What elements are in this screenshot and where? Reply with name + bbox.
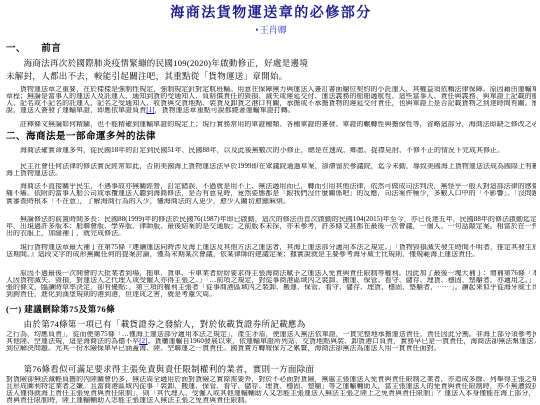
paragraph-revision-history: 無論修法的前置時間多長：民國88(1999)年的修法於民國76(1987)年即已… — [6, 216, 536, 237]
text-line: 海商法確實命運多舛，從民國18年的訂定到民國51年、民國88年，以及此後無數次的… — [6, 147, 536, 154]
text-line: 民主社會任何法律的修法實況經常如此，否則美國海上貨物運送法早於1999即在眾議院… — [6, 163, 536, 170]
text-line: 且形成圖利特定業者之嫌。且當商港區域內從事「裝卸、搬運、保管、看守、儲存、理貨、… — [6, 383, 536, 390]
text-line: 送期間。』這段文字的成形無關任何的提案討論，僅為末期某次會議，依某律師的建議定案… — [6, 251, 536, 258]
paragraph-article-76-critique: 第76條看似可滿足要求得主張免責與責任限制權利的業者，實則一方面除面對貨險卻無法… — [6, 363, 536, 405]
text-line: 說，運送人簽發了運輸單證，即應依單證負責[1]，貨物運送章重點可說都繞著運輸單證… — [6, 107, 536, 114]
text-line: 其他陸、空運法規，這是海商法的為德不卒[2]。貨櫃運輸自1960發展以來，依運輸… — [6, 338, 536, 345]
text-line: 由於第74條第一項已有「載貨證券之發給人，對於依載貨證券所記載應為 — [6, 318, 536, 331]
text-line: 責與責任限制時，陸上運輸輔助人怎能主張運送人無法主張之免責與責任限制。 — [6, 397, 536, 404]
text-line: 註釋條文無論如何精闢，也不能精確到運輸單證的規定上；現行實務常用的單證種類、各種… — [6, 121, 536, 128]
text-line: 第76條看似可滿足要求得主張免責與責任限制權利的業者，實則一方面除面 — [6, 363, 536, 376]
paragraph-us-cogsa: 民主社會任何法律的修法實況經常如此，否則美國海上貨物運送法早於1999即在眾議院… — [6, 163, 536, 177]
paragraph-annotation-note: 註釋條文無論如何精闢，也不能精確到運輸單證的規定上；現行實務常用的單證種類、各種… — [6, 121, 536, 128]
text-line: 送人僅得就海上責任主張免責與責任限制」，則「其代理人、受僱人或其他運輸輔助人又怎… — [6, 390, 536, 397]
text-line: 海商法不直接關乎民生，不遇事故亦無關經營，訂定錯誤，不過就是用不上、無法適用而已… — [6, 183, 536, 190]
text-line: 到位解決問題。尤其一份水險保單早已涵蓋海、陸、空聯運之一貫責任。國貨賣方轉嫁保方… — [6, 345, 536, 352]
paragraph-article-74-conflict: 由於第74條第一項已有「載貨證券之發給人，對於依載貨證券所記載應為之行為，均應負… — [6, 318, 536, 352]
author-line: •王肖卿 — [6, 25, 536, 35]
text-line: 海上貨物運送法。 — [6, 170, 536, 177]
footnote-link[interactable]: [2] — [139, 338, 147, 345]
section-heading-preface: 一、 前言 — [6, 44, 536, 55]
text-line: 痛不癢。依附的當事人船公司或承攬運送人聽到海商修法，是否有意見時，竟然姿態都是「… — [6, 190, 536, 197]
paragraph-article-76-patch: 原因不過最後一次開會的大批業者到場，拖車、貨車、卡車業者紛紛要求得主張海商法賦予… — [6, 270, 536, 299]
text-line: 出的衣服上，加縫補丁，就完成修法。 — [6, 230, 536, 237]
section-heading-fate: 二、海商法是一部命運多舛的法律 — [6, 132, 536, 143]
text-line: 年，出現過許多版本：船聯會版、學界版、律師版、最後結案的是交通版；之前版本未採，… — [6, 223, 536, 230]
document-page: 海商法貨物運送章的必修部分 •王肖卿 一、 前言 海商法再次於國際肺炎疫情緊繃的… — [0, 0, 540, 405]
text-line: 人、記名或不記名的託運人、記名之受通知人、收貨與交貨地點、裝貨及卸貨之港口有關，… — [6, 100, 536, 107]
paragraph-article-75-patch: 現行貨物運送章最大補丁在第75條『連續運送同時涉及海上運送及其他方法之運送者，其… — [6, 244, 536, 258]
text-line: 章程；無論是當事人的運送人及託運人、通知到貨的受通知人、負賠償責任的毀損、滅失或… — [6, 93, 536, 100]
footnote-link[interactable]: [1] — [146, 107, 154, 114]
text-line: 無論修法的前置時間多長：民國88(1999)年的修法於民國76(1987)年即已… — [6, 216, 536, 223]
bullet-icon: • — [255, 25, 258, 35]
author-name[interactable]: 王肖卿 — [260, 25, 287, 35]
paragraph-public-indifference: 海商法不直接關乎民生，不遇事故亦無關經營，訂定錯誤，不過就是用不上、無法適用而已… — [6, 183, 536, 204]
text-line: 之行為，均應負責」，從而使第75條「…僅海上運送部分適用本法之規定」，產生矛盾，… — [6, 331, 536, 338]
paragraph-cargo-chapter-importance: 貨物運送章之重要，在於樣樣是強制性規定，強制規定針對定航班輪。用意在保障無力與運… — [6, 86, 536, 115]
text-line: 實審查時根本「不在意」，了解海商行為的人少，懂海商法的人更少，愈少人關切愈顯麻煩… — [6, 198, 536, 205]
text-line: 未解封，人都出不去，較能引起關注吧，其重點從「貨物運送」章開始。 — [6, 70, 536, 83]
text-line: 原因不過最後一次開會的大批業者到場，拖車、貨車、卡車業者紛紛要求得主張海商法賦予… — [6, 270, 536, 277]
text-line: 現行貨物運送章最大補丁在第75條『連續運送同時涉及海上運送及其他方法之運送者，其… — [6, 244, 536, 251]
text-line: 對貨險卻無法減輕負擔的內陸關會仍多，無法周全適用於面對貨險之實際需要外，對於不必… — [6, 376, 536, 383]
paragraph-intro: 海商法再次於國際肺炎疫情緊繃的民國109(2020)年啟動修正，好處是邊境未解封… — [6, 57, 536, 83]
section-heading-delete-75-76: (一) 建議刪除第75及第76條 — [6, 304, 536, 315]
text-line: 張的條文，臨讀時草率決定，卻有優點：，第三項的權利主張者「從事商港區域內之裝卸、… — [6, 284, 536, 291]
text-line: 人因貨物滅失、毀損，對運送人之代理人或受僱人亦得主張之。」「…前項之規定，對從事… — [6, 277, 536, 284]
text-line: 貨物運送章之重要，在於樣樣是強制性規定，強制規定針對定航班輪。用意在保障無力與運… — [6, 86, 536, 93]
text-line: 海商法再次於國際肺炎疫情緊繃的民國109(2020)年啟動修正，好處是邊境 — [6, 57, 536, 70]
paragraph-ill-fated-law: 海商法確實命運多舛，從民國18年的訂定到民國51年、民國88年，以及此後無數次的… — [6, 147, 536, 154]
text-line: 到鉤責任，進化到漢堡規則的港到港，但達成之害，就是考慮欠周。 — [6, 291, 536, 298]
page-title: 海商法貨物運送章的必修部分 — [6, 6, 536, 22]
